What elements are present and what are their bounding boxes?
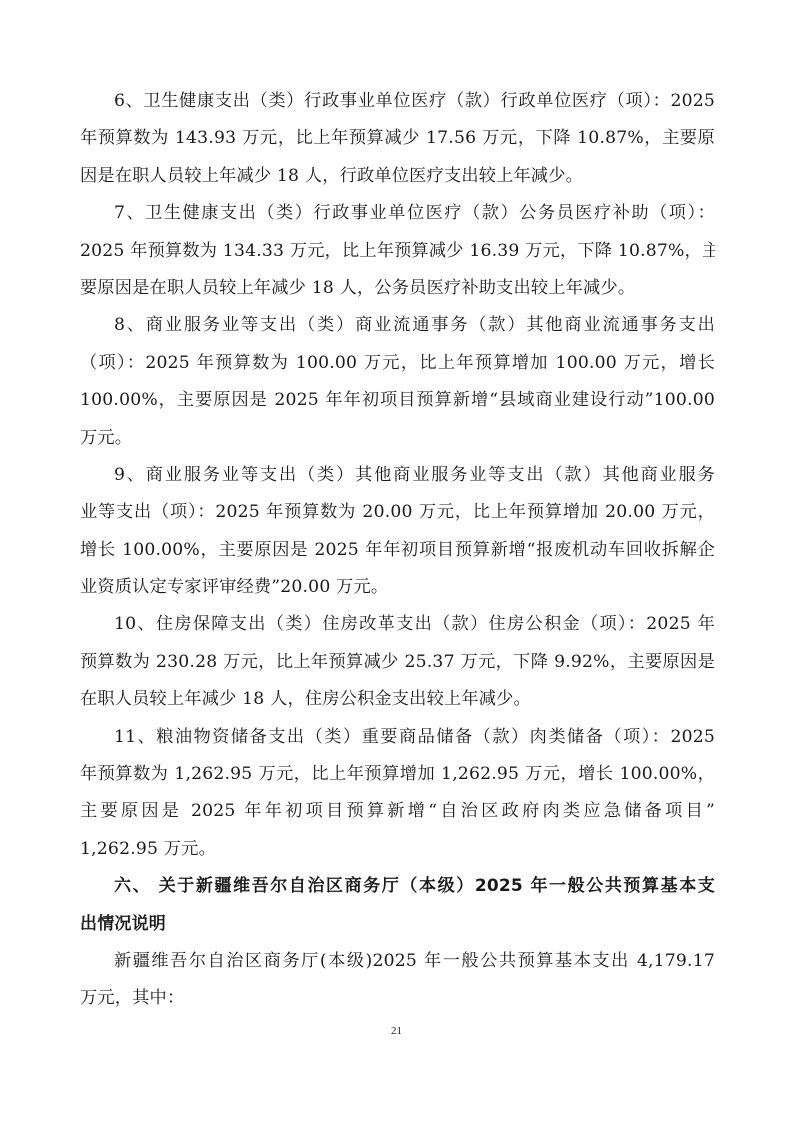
- text-line: 业等支出（项）：2025 年预算数为 20.00 万元，比上年预算增加 20.0…: [80, 494, 715, 531]
- paragraph-item-6: 6、卫生健康支出（类）行政事业单位医疗（款）行政单位医疗（项）：2025 年预算…: [80, 83, 715, 195]
- text-line: 6、卫生健康支出（类）行政事业单位医疗（款）行政单位医疗（项）：2025: [80, 83, 715, 120]
- text-line: 10、住房保障支出（类）住房改革支出（款）住房公积金（项）：2025 年: [80, 606, 715, 643]
- text-line: 7、卫生健康支出（类）行政事业单位医疗（款）公务员医疗补助（项）：: [80, 195, 715, 232]
- text-line: 万元，其中：: [80, 980, 715, 1017]
- text-line: 100.00%，主要原因是 2025 年年初项目预算新增“县域商业建设行动”10…: [80, 382, 715, 419]
- text-line: 预算数为 230.28 万元，比上年预算减少 25.37 万元，下降 9.92%…: [80, 644, 715, 681]
- text-line: （项）：2025 年预算数为 100.00 万元，比上年预算增加 100.00 …: [80, 345, 715, 382]
- text-line: 因是在职人员较上年减少 18 人，行政单位医疗支出较上年减少。: [80, 158, 715, 195]
- text-line: 年预算数为 1,262.95 万元，比上年预算增加 1,262.95 万元，增长…: [80, 756, 715, 793]
- paragraph-item-7: 7、卫生健康支出（类）行政事业单位医疗（款）公务员医疗补助（项）： 2025 年…: [80, 195, 715, 307]
- section-heading: 六、 关于新疆维吾尔自治区商务厅（本级）2025 年一般公共预算基本支 出情况说…: [80, 868, 715, 943]
- text-line: 增长 100.00%，主要原因是 2025 年年初项目预算新增“报废机动车回收拆…: [80, 532, 715, 569]
- heading-line: 六、 关于新疆维吾尔自治区商务厅（本级）2025 年一般公共预算基本支: [80, 868, 715, 905]
- text-line: 在职人员较上年减少 18 人，住房公积金支出较上年减少。: [80, 681, 715, 718]
- heading-line: 出情况说明: [80, 906, 715, 943]
- paragraph-item-10: 10、住房保障支出（类）住房改革支出（款）住房公积金（项）：2025 年 预算数…: [80, 606, 715, 718]
- text-line: 9、商业服务业等支出（类）其他商业服务业等支出（款）其他商业服务: [80, 457, 715, 494]
- page-number: 21: [0, 1025, 793, 1037]
- text-line: 1,262.95 万元。: [80, 831, 715, 868]
- text-line: 业资质认定专家评审经费”20.00 万元。: [80, 569, 715, 606]
- page-content: 6、卫生健康支出（类）行政事业单位医疗（款）行政单位医疗（项）：2025 年预算…: [80, 83, 715, 1018]
- document-page: 6、卫生健康支出（类）行政事业单位医疗（款）行政单位医疗（项）：2025 年预算…: [0, 0, 793, 1122]
- text-line: 8、商业服务业等支出（类）商业流通事务（款）其他商业流通事务支出: [80, 307, 715, 344]
- text-line: 要原因是在职人员较上年减少 18 人，公务员医疗补助支出较上年减少。: [80, 270, 715, 307]
- text-line: 年预算数为 143.93 万元，比上年预算减少 17.56 万元，下降 10.8…: [80, 120, 715, 157]
- text-line: 2025 年预算数为 134.33 万元，比上年预算减少 16.39 万元，下降…: [80, 233, 715, 270]
- paragraph-item-8: 8、商业服务业等支出（类）商业流通事务（款）其他商业流通事务支出 （项）：202…: [80, 307, 715, 457]
- text-line: 新疆维吾尔自治区商务厅(本级)2025 年一般公共预算基本支出 4,179.17: [80, 943, 715, 980]
- text-line: 万元。: [80, 420, 715, 457]
- paragraph-item-9: 9、商业服务业等支出（类）其他商业服务业等支出（款）其他商业服务 业等支出（项）…: [80, 457, 715, 607]
- paragraph-section-intro: 新疆维吾尔自治区商务厅(本级)2025 年一般公共预算基本支出 4,179.17…: [80, 943, 715, 1018]
- text-line: 主要原因是 2025 年年初项目预算新增“自治区政府肉类应急储备项目”: [80, 793, 715, 830]
- paragraph-item-11: 11、粮油物资储备支出（类）重要商品储备（款）肉类储备（项）：2025 年预算数…: [80, 719, 715, 869]
- text-line: 11、粮油物资储备支出（类）重要商品储备（款）肉类储备（项）：2025: [80, 719, 715, 756]
